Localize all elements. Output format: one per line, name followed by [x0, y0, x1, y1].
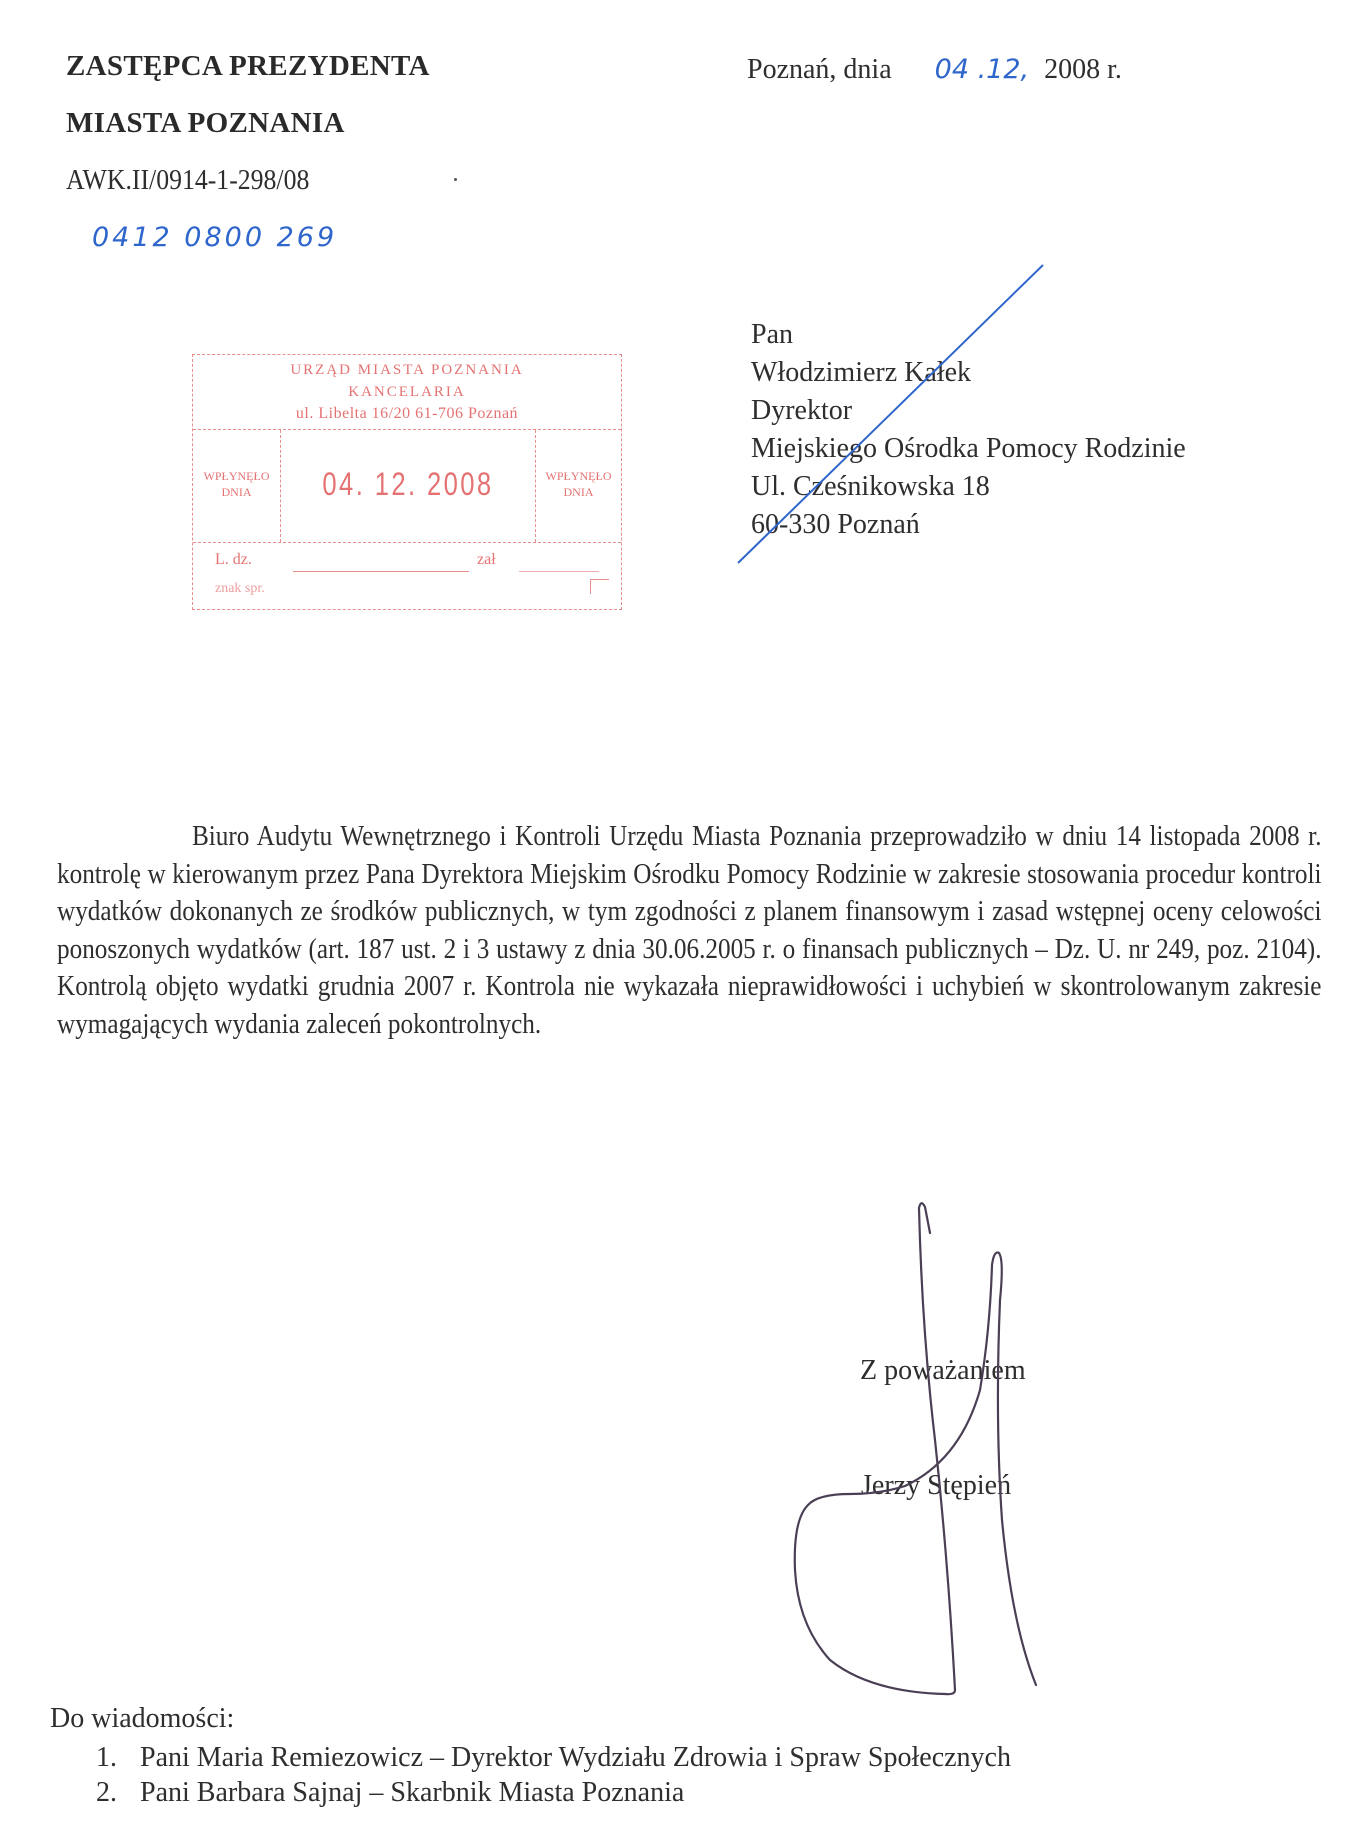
- stamp-corner-mark: [590, 579, 609, 594]
- addressee-institution: Miejskiego Ośrodka Pomocy Rodzinie: [751, 430, 1186, 468]
- issuer-title-line1: ZASTĘPCA PREZYDENTA: [66, 50, 430, 83]
- stray-dot: [454, 178, 457, 181]
- cc-list: 1.Pani Maria Remiezowicz – Dyrektor Wydz…: [96, 1740, 1011, 1810]
- handwritten-date: 04 .12,: [935, 54, 1029, 85]
- stamp-footer: L. dz. zał znak spr.: [193, 541, 621, 609]
- addressee-block: Pan Włodzimierz Kałek Dyrektor Miejskieg…: [751, 316, 1186, 544]
- stamp-ldz-line: [293, 571, 469, 572]
- signature: [795, 1203, 1036, 1694]
- addressee-name: Włodzimierz Kałek: [751, 354, 1186, 392]
- addressee-salutation: Pan: [751, 316, 1186, 354]
- closing-salutation: Z poważaniem: [860, 1355, 1026, 1387]
- reference-number: AWK.II/0914-1-298/08: [66, 165, 309, 197]
- addressee-street: Ul. Cześnikowska 18: [751, 468, 1186, 506]
- registry-stamp: URZĄD MIASTA POZNANIA KANCELARIA ul. Lib…: [192, 354, 622, 610]
- cc-title: Do wiadomości:: [50, 1703, 234, 1735]
- issuer-title-line2: MIASTA POZNANIA: [66, 107, 345, 140]
- stamp-znak-label: znak spr.: [215, 581, 265, 597]
- stamp-ldz-label: L. dz.: [215, 551, 252, 569]
- stamp-date-row: WPŁYNĘŁO DNIA 04. 12. 2008 WPŁYNĘŁO DNIA: [193, 429, 621, 543]
- stamp-zal-label: zał: [477, 551, 496, 569]
- stamp-department: KANCELARIA: [193, 381, 621, 403]
- date-line: Poznań, dnia 04 .12, 2008 r.: [747, 54, 1122, 86]
- stamp-office: URZĄD MIASTA POZNANIA: [193, 359, 621, 381]
- handwritten-registry-number: 0412 0800 269: [92, 222, 337, 253]
- stamp-received-label-left: WPŁYNĘŁO DNIA: [193, 430, 281, 542]
- stamp-received-date: 04. 12. 2008: [306, 430, 509, 542]
- cc-item: 2.Pani Barbara Sajnaj – Skarbnik Miasta …: [96, 1775, 1011, 1810]
- signatory-name: Jerzy Stępień: [861, 1470, 1011, 1502]
- body-paragraph: Biuro Audytu Wewnętrznego i Kontroli Urz…: [57, 818, 1322, 1043]
- stamp-address: ul. Libelta 16/20 61-706 Poznań: [193, 403, 621, 425]
- addressee-city: 60-330 Poznań: [751, 506, 1186, 544]
- letter-body: Biuro Audytu Wewnętrznego i Kontroli Urz…: [57, 818, 1322, 1043]
- date-prefix: Poznań, dnia: [747, 54, 892, 85]
- addressee-position: Dyrektor: [751, 392, 1186, 430]
- stamp-received-label-right: WPŁYNĘŁO DNIA: [535, 430, 621, 542]
- date-suffix: 2008 r.: [1044, 54, 1122, 85]
- stamp-header: URZĄD MIASTA POZNANIA KANCELARIA ul. Lib…: [193, 355, 621, 429]
- cc-item: 1.Pani Maria Remiezowicz – Dyrektor Wydz…: [96, 1740, 1011, 1775]
- stamp-zal-line: [519, 571, 599, 572]
